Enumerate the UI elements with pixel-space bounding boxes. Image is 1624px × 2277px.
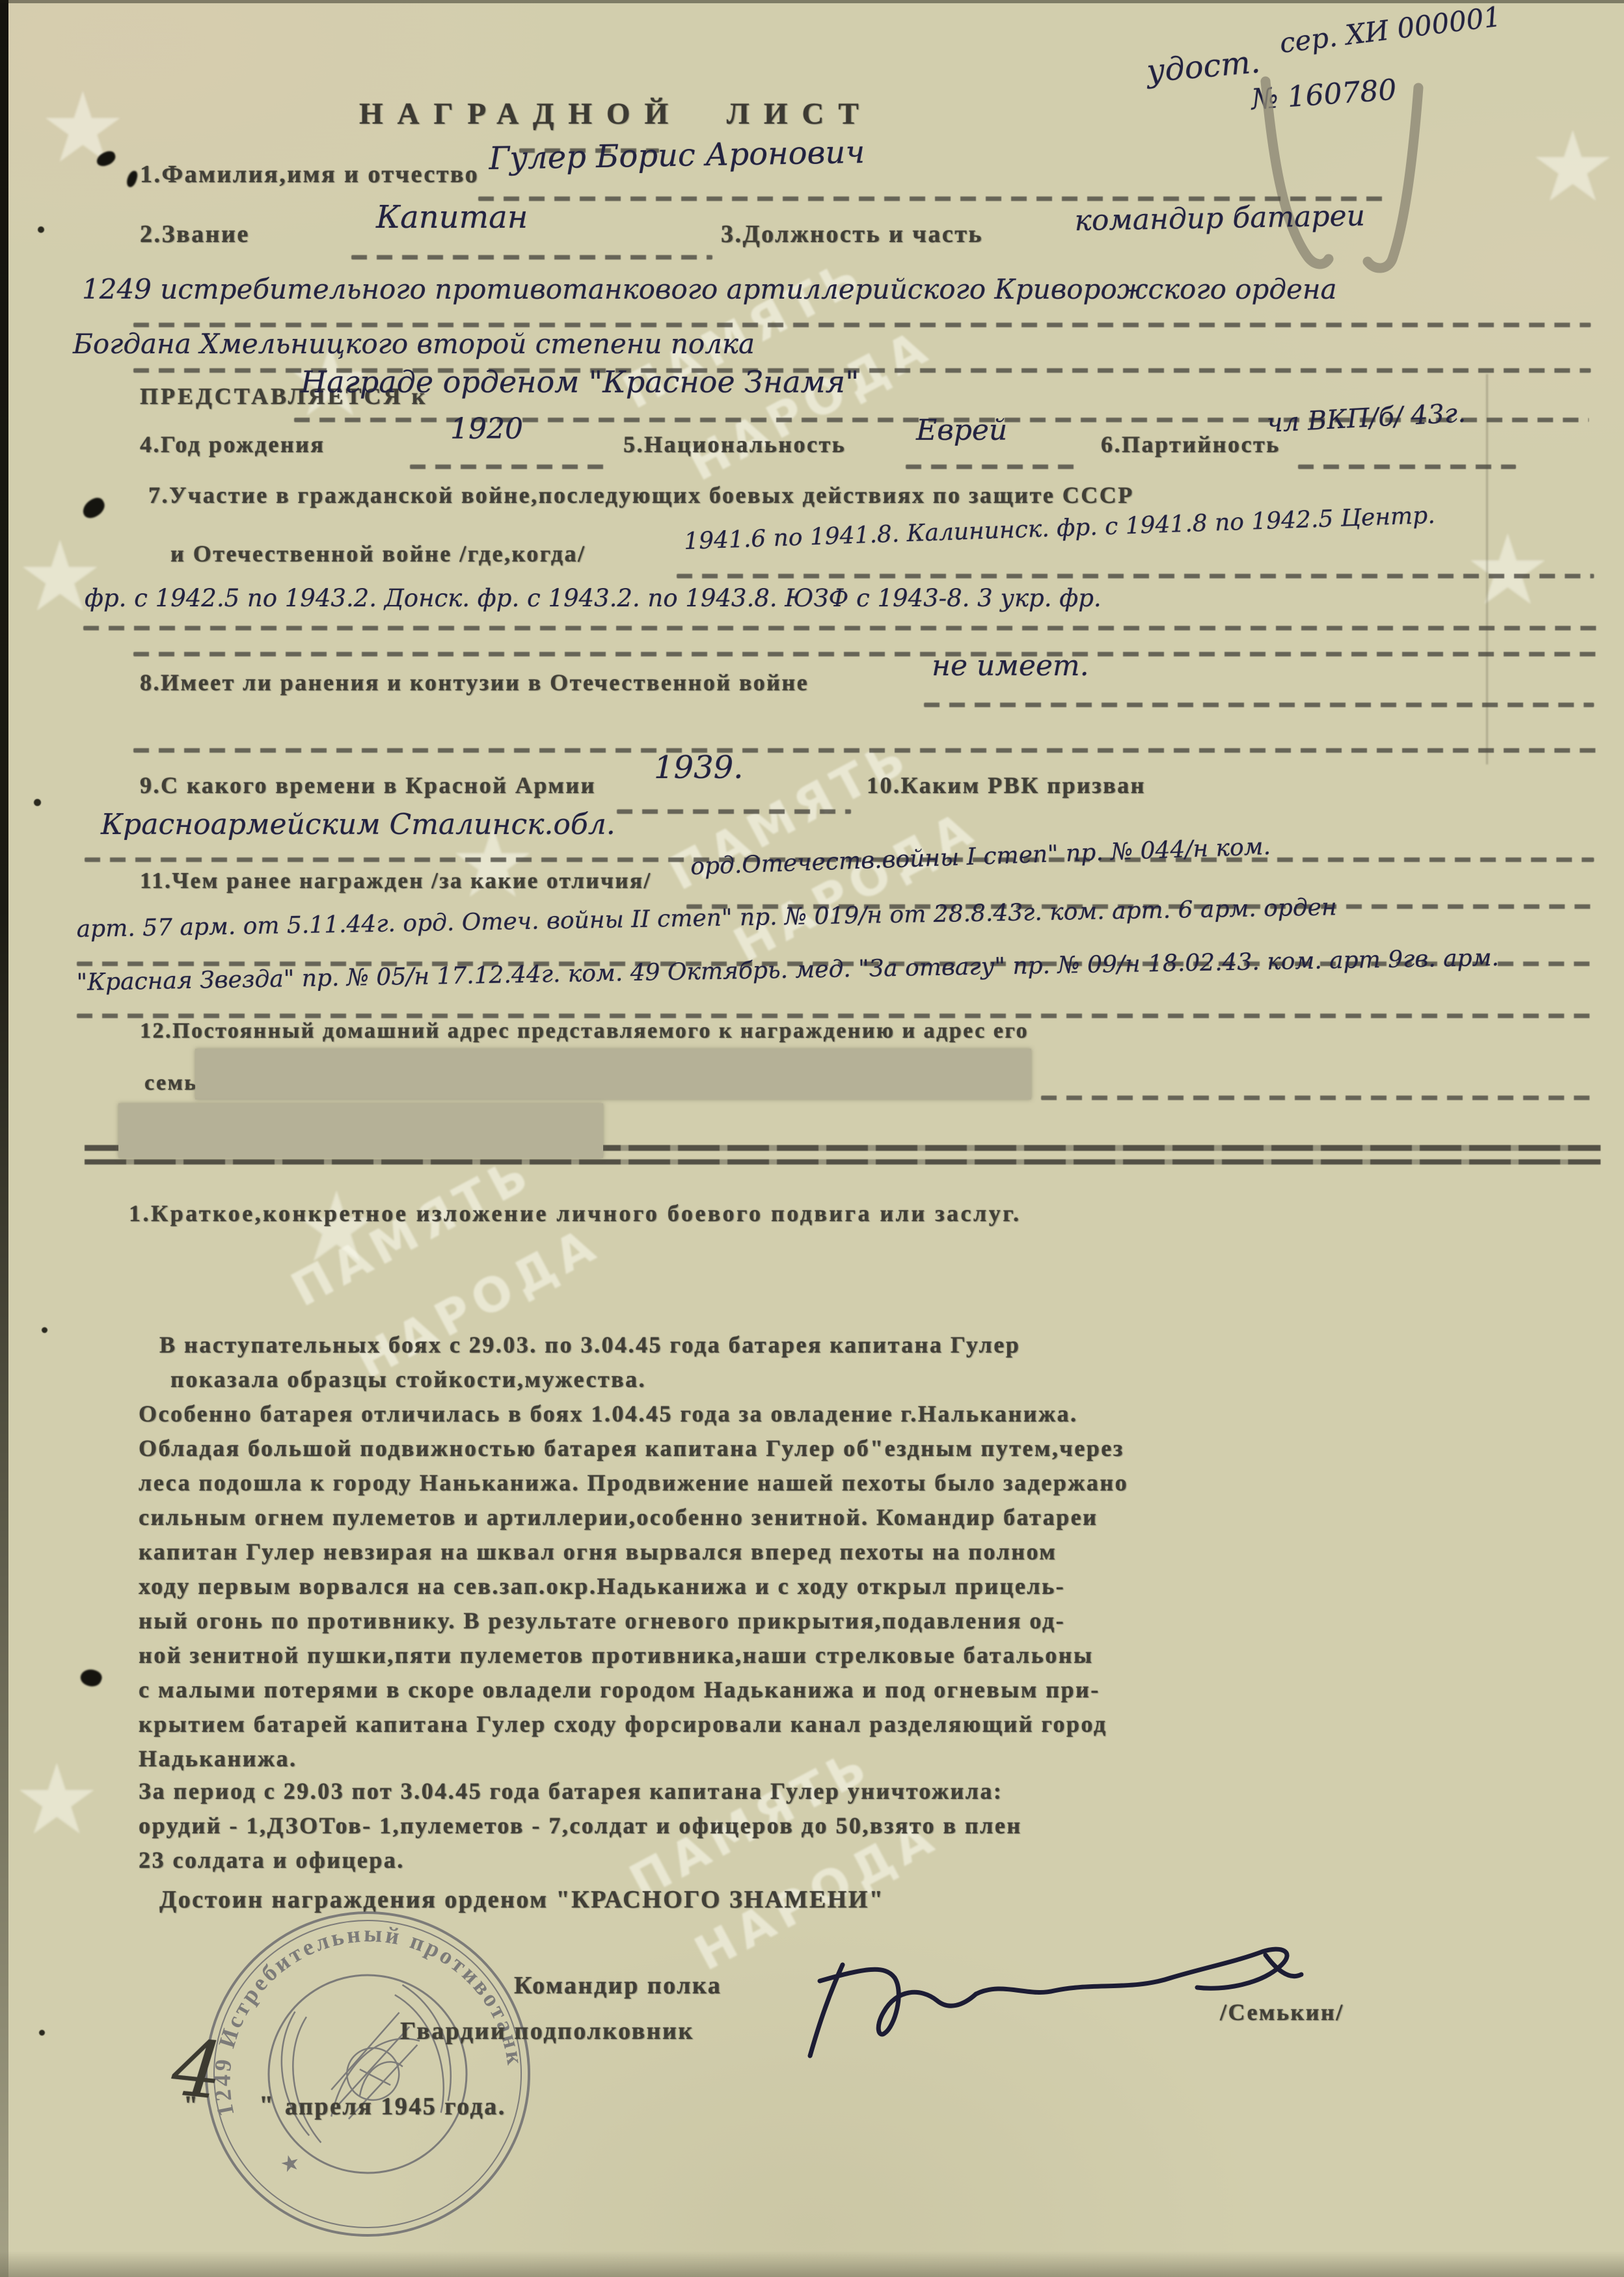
body-line: ной зенитной пушки,пяти пулеметов против…: [139, 1641, 1094, 1669]
field-war-participation-label2: и Отечественной войне /где,когда/: [170, 540, 586, 567]
field-prior-awards-value2: арт. 57 арм. от 5.11.44г. орд. Отеч. вой…: [76, 894, 1337, 943]
fill-line: [133, 323, 1591, 327]
ink-blot: [79, 495, 108, 522]
field-address-label: 12.Постоянный домашний адрес представляе…: [140, 1019, 1029, 1044]
fill-line: [410, 465, 605, 469]
punch-hole: [42, 1327, 47, 1333]
blank-fill-line: [133, 748, 1601, 753]
body-line: ходу первым ворвался на сев.зап.окр.Надь…: [139, 1572, 1065, 1600]
pencil-mark: [1204, 52, 1477, 293]
fill-line: [677, 574, 1594, 578]
field-name-label: 1.Фамилия,имя и отчество: [140, 160, 479, 189]
field-position-label: 3.Должность и часть: [721, 220, 983, 249]
certificate-series: сер. ХИ 000001: [1278, 1, 1503, 59]
fill-line: [906, 465, 1078, 469]
field-unit-line1: 1249 истребительного противотанкового ар…: [82, 273, 1337, 305]
field-drafted-by-label: 10.Каким РВК призван: [867, 772, 1146, 799]
presented-value: Награде орденом "Красное Знамя": [301, 364, 859, 399]
body-line: орудий - 1,ДЗОТов- 1,пулеметов - 7,солда…: [139, 1812, 1022, 1839]
signer-surname: /Семькин/: [1220, 1999, 1344, 2026]
merit-section-heading: 1.Краткое,конкретное изложение личного б…: [129, 1200, 1022, 1227]
fill-line: [924, 703, 1594, 707]
punch-hole: [39, 2030, 45, 2036]
body-line: леса подошла к городу Наньканижа. Продви…: [139, 1469, 1128, 1496]
ink-blot: [79, 1666, 104, 1689]
document-title: НАГРАДНОЙ ЛИСТ: [359, 96, 873, 131]
signer-role-line1: Командир полка: [514, 1971, 722, 2000]
field-nationality-value: Еврей: [916, 414, 1007, 447]
field-wounds-value: не имеет.: [932, 649, 1089, 682]
body-line: Особенно батарея отличилась в боях 1.04.…: [139, 1400, 1078, 1427]
body-line: показала образцы стойкости,мужества.: [170, 1366, 646, 1393]
scan-edge: [0, 0, 1624, 3]
redaction-box: [195, 1049, 1031, 1099]
field-party-value: чл ВКП/б/ 43г.: [1266, 398, 1467, 438]
blank-fill-line: [133, 652, 1601, 656]
date-text: апреля 1945 года.: [285, 2092, 506, 2121]
field-war-participation-label1: 7.Участие в гражданской войне,последующи…: [148, 481, 1134, 509]
body-line: сильным огнем пулеметов и артиллерии,осо…: [139, 1503, 1098, 1531]
field-war-participation-value2: фр. с 1942.5 по 1943.2. Донск. фр. с 194…: [85, 584, 1102, 612]
archive-star-watermark: ★: [39, 72, 126, 185]
body-line: капитан Гулер невзирая на шквал огня выр…: [139, 1538, 1057, 1565]
body-line: ный огонь по противнику. В результате ог…: [139, 1607, 1065, 1634]
body-line: За период с 29.03 пот 3.04.45 года батар…: [139, 1777, 1003, 1805]
body-line: Надьканижа.: [139, 1745, 297, 1772]
punch-hole: [34, 799, 41, 806]
body-line: Обладая большой подвижностью батарея кап…: [139, 1435, 1124, 1462]
field-nationality-label: 5.Национальность: [623, 431, 846, 458]
punch-hole: [38, 226, 44, 233]
fill-line: [478, 196, 1389, 201]
field-rank-label: 2.Звание: [140, 220, 250, 249]
field-birthyear-value: 1920: [450, 412, 523, 446]
body-line: В наступательных боях с 29.03. по 3.04.4…: [159, 1331, 1020, 1358]
award-sheet-scan: ★ ★ ★ ★ ★ ★ ★ ★ ПАМЯТЬ НАРОДА ПАМЯТЬ НАР…: [0, 0, 1624, 2277]
field-drafted-by-value: Красноармейским Сталинск.обл.: [101, 808, 616, 841]
archive-star-watermark: ★: [1529, 111, 1616, 224]
signer-role-line2: Гвардии подполковник: [400, 2017, 694, 2045]
field-wounds-label: 8.Имеет ли ранения и контузии в Отечеств…: [140, 669, 809, 696]
archive-star-watermark: ★: [16, 520, 103, 634]
section-separator: [85, 1159, 1601, 1165]
ink-blot: [126, 170, 139, 189]
field-war-participation-value1: 1941.6 по 1941.8. Калининск. фр. с 1941.…: [684, 502, 1436, 555]
archive-star-watermark: ★: [1464, 514, 1551, 627]
fill-line: [83, 626, 1599, 630]
unit-round-stamp: 1249 Истребительный противотанковый арти…: [198, 1905, 537, 2243]
scan-edge: [0, 2251, 1624, 2277]
fill-line: [1041, 1096, 1594, 1100]
date-day-handwritten: 4: [168, 2023, 226, 2118]
svg-text:★: ★: [277, 2149, 303, 2179]
field-unit-line2: Богдана Хмельницкого второй степени полк…: [73, 328, 755, 360]
body-line: крытием батарей капитана Гулер сходу фор…: [139, 1710, 1107, 1738]
scan-edge: [0, 0, 8, 2277]
archive-star-watermark: ★: [13, 1744, 100, 1857]
redaction-box: [118, 1103, 603, 1158]
field-service-since-label: 9.С какого времени в Красной Армии: [140, 772, 596, 799]
field-position-value: командир батареи: [1074, 199, 1365, 237]
field-prior-awards-label: 11.Чем ранее награжден /за какие отличия…: [140, 868, 652, 894]
commander-signature: [781, 1929, 1340, 2066]
fill-line: [77, 1014, 1596, 1018]
fill-line: [351, 255, 712, 260]
body-line: с малыми потерями в скоре овладели город…: [139, 1676, 1100, 1703]
field-service-since-value: 1939.: [654, 749, 743, 786]
field-party-label: 6.Партийность: [1101, 431, 1280, 458]
field-birthyear-label: 4.Год рождения: [140, 431, 325, 458]
fill-line: [1298, 465, 1516, 469]
field-rank-value: Капитан: [376, 199, 528, 236]
body-line: 23 солдата и офицера.: [139, 1846, 405, 1874]
fill-line: [617, 809, 851, 814]
field-name-value: Гулер Борис Аронович: [489, 134, 865, 177]
date-quote-close: ": [259, 2090, 275, 2120]
